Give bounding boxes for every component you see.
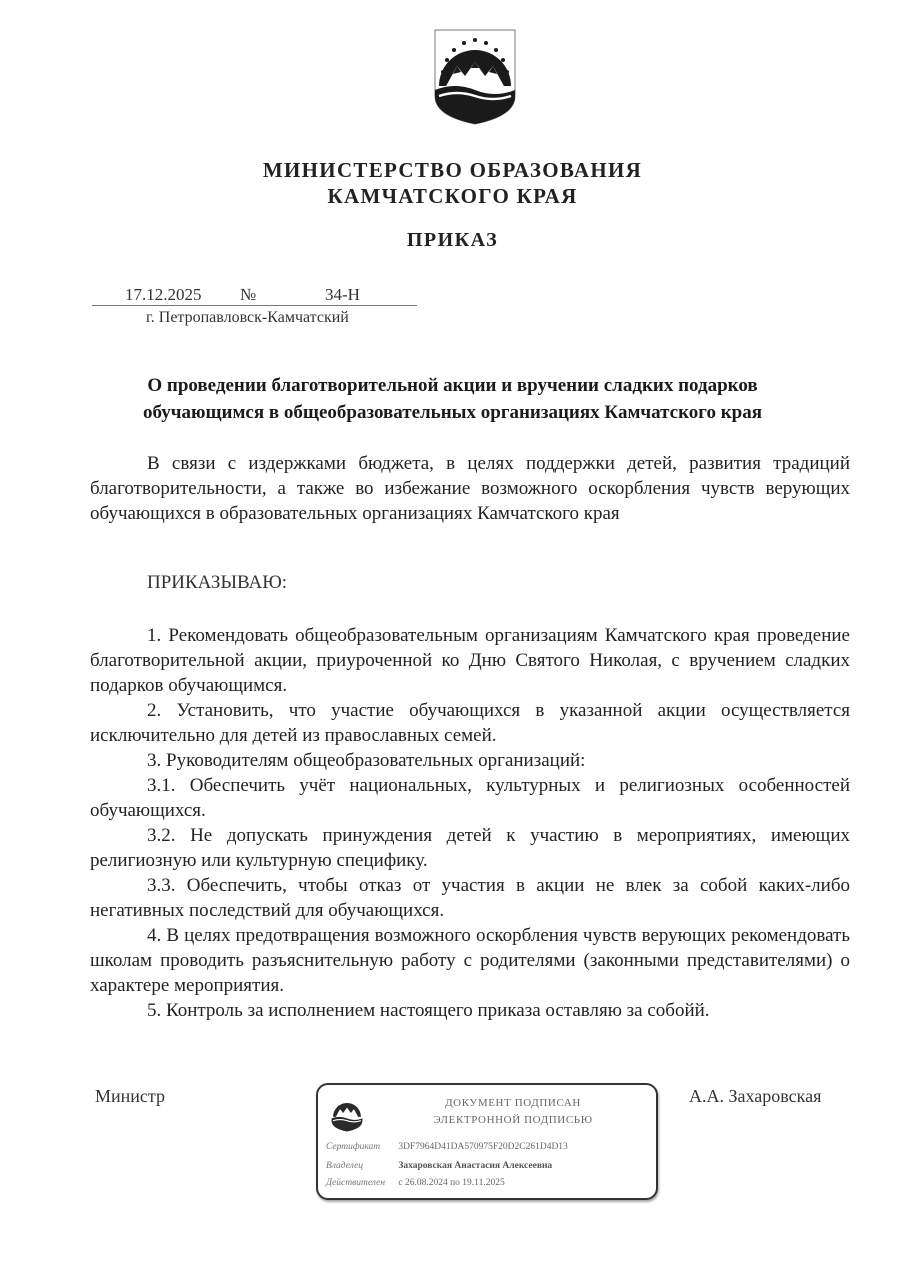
preamble: В связи с издержками бюджета, в целях по… (90, 451, 850, 526)
order-item-1: 1. Рекомендовать общеобразовательным орг… (90, 623, 850, 698)
stamp-title-line-2: ЭЛЕКТРОННОЙ ПОДПИСЬЮ (388, 1112, 638, 1129)
stamp-owner-row: Владелец Захаровская Анастасия Алексеевн… (326, 1161, 648, 1171)
order-item-3: 3. Руководителям общеобразовательных орг… (90, 748, 850, 773)
order-item-3-1: 3.1. Обеспечить учёт национальных, культ… (90, 773, 850, 823)
order-item-3-2: 3.2. Не допускать принуждения детей к уч… (90, 823, 850, 873)
order-item-2: 2. Установить, что участие обучающихся в… (90, 698, 850, 748)
order-item-3-3: 3.3. Обеспечить, чтобы отказ от участия … (90, 873, 850, 923)
document-type: ПРИКАЗ (0, 229, 905, 252)
stamp-title-line-1: ДОКУМЕНТ ПОДПИСАН (388, 1095, 638, 1112)
order-item-5: 5. Контроль за исполнением настоящего пр… (90, 998, 850, 1023)
owner-value: Захаровская Анастасия Алексеевна (398, 1161, 552, 1171)
order-date: 17.12.2025 (125, 285, 202, 305)
validity-label: Действителен (326, 1178, 396, 1188)
order-items: 1. Рекомендовать общеобразовательным орг… (90, 623, 850, 1023)
order-item-4: 4. В целях предотвращения возможного оск… (90, 923, 850, 998)
certificate-value: 3DF7964D41DA570975F20D2C261D4D13 (398, 1142, 567, 1152)
decree-word: ПРИКАЗЫВАЮ: (147, 572, 287, 594)
stamp-title: ДОКУМЕНТ ПОДПИСАН ЭЛЕКТРОННОЙ ПОДПИСЬЮ (388, 1095, 638, 1129)
ministry-line-1: МИНИСТЕРСТВО ОБРАЗОВАНИЯ (0, 157, 905, 183)
validity-value: с 26.08.2024 по 19.11.2025 (398, 1178, 504, 1188)
registration-line: 17.12.2025 № 34-Н (92, 285, 417, 307)
ministry-name: МИНИСТЕРСТВО ОБРАЗОВАНИЯ КАМЧАТСКОГО КРА… (0, 157, 905, 209)
kamchatka-coat-of-arms-icon (431, 26, 519, 126)
registration-underline (92, 305, 417, 306)
signer-position: Министр (95, 1086, 165, 1107)
certificate-label: Сертификат (326, 1142, 396, 1152)
ministry-line-2: КАМЧАТСКОГО КРАЯ (0, 183, 905, 209)
subject-line-1: О проведении благотворительной акции и в… (60, 372, 845, 399)
electronic-signature-stamp: ДОКУМЕНТ ПОДПИСАН ЭЛЕКТРОННОЙ ПОДПИСЬЮ С… (316, 1083, 658, 1200)
stamp-emblem-icon (330, 1093, 364, 1133)
signer-name: А.А. Захаровская (689, 1086, 821, 1107)
subject-line-2: обучающимся в общеобразовательных органи… (60, 399, 845, 426)
order-number: 34-Н (325, 285, 360, 305)
owner-label: Владелец (326, 1161, 396, 1171)
stamp-certificate-row: Сертификат 3DF7964D41DA570975F20D2C261D4… (326, 1142, 648, 1152)
order-subject: О проведении благотворительной акции и в… (60, 372, 845, 426)
stamp-validity-row: Действителен с 26.08.2024 по 19.11.2025 (326, 1178, 648, 1188)
city: г. Петропавловск-Камчатский (146, 309, 349, 327)
number-sign: № (240, 285, 256, 305)
